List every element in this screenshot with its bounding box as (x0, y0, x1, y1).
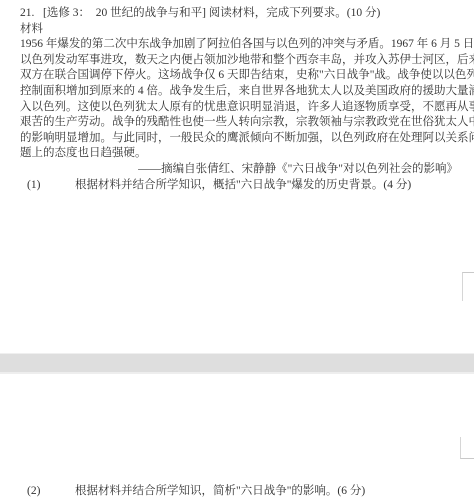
sub-question-2-text: 根据材料并结合所学知识，简析"六日战争"的影响。(6 分) (75, 484, 458, 500)
material-text-line: 以色列发动军事进攻，数天之内便占领加沙地带和整个西奈丰岛，并攻入苏伊士河区，后来 (20, 53, 458, 69)
sub-question-1: (1) 根据材料并结合所学知识，概括"六日战争"爆发的历史背景。(4 分) (20, 178, 458, 194)
material-label: 材料 (20, 22, 458, 38)
sub-question-2: (2) 根据材料并结合所学知识，简析"六日战争"的影响。(6 分) (20, 484, 458, 500)
document-page-view: 21. [选修 3： 20 世纪的战争与和平] 阅读材料，完成下列要求。(10 … (0, 0, 474, 502)
sub-question-1-text: 根据材料并结合所学知识，概括"六日战争"爆发的历史背景。(4 分) (75, 178, 458, 194)
page1-text-boundary-corner-mark (462, 272, 474, 301)
sub-question-2-number: (2) (27, 484, 75, 500)
material-text-line: 1956 年爆发的第二次中东战争加剧了阿拉伯各国与以色列的冲突与矛盾。1967 … (20, 37, 458, 53)
question-21-block: 21. [选修 3： 20 世纪的战争与和平] 阅读材料，完成下列要求。(10 … (20, 6, 458, 193)
material-text-line: 控制面积增加到原来的 4 倍。战争发生后，来自世界各地犹太人以及美国政府的援助大… (20, 84, 458, 100)
material-text-line: 艰苦的生产劳动。战争的残酷性也使一些人转向宗教，宗教领袖与宗教政党在世俗犹太人中 (20, 115, 458, 131)
material-text-line: 入以色列。这使以色列犹太人原有的忧患意识明显消退，许多人追逐物质享受，不愿再从事 (20, 100, 458, 116)
question-header: 21. [选修 3： 20 世纪的战争与和平] 阅读材料，完成下列要求。(10 … (20, 6, 458, 22)
source-attribution: ——摘编自张倩红、宋静静《"六日战争"对以色列社会的影响》 (20, 162, 458, 178)
page2-text-boundary-corner-mark (460, 437, 474, 459)
material-text-line: 双方在联合国调停下停火。这场战争仅 6 天即告结束，史称"六日战争"战。战争使以… (20, 68, 458, 84)
question-21-continued-block: (2) 根据材料并结合所学知识，简析"六日战争"的影响。(6 分) (20, 484, 458, 500)
material-text-line: 题上的态度也日趋强硬。 (20, 146, 458, 162)
material-text-line: 的影响明显增加。与此同时，一般民众的鹰派倾向不断加强，以色列政府在处理阿以关系问 (20, 131, 458, 147)
page-separator-band (0, 353, 474, 374)
sub-question-1-number: (1) (27, 178, 75, 194)
